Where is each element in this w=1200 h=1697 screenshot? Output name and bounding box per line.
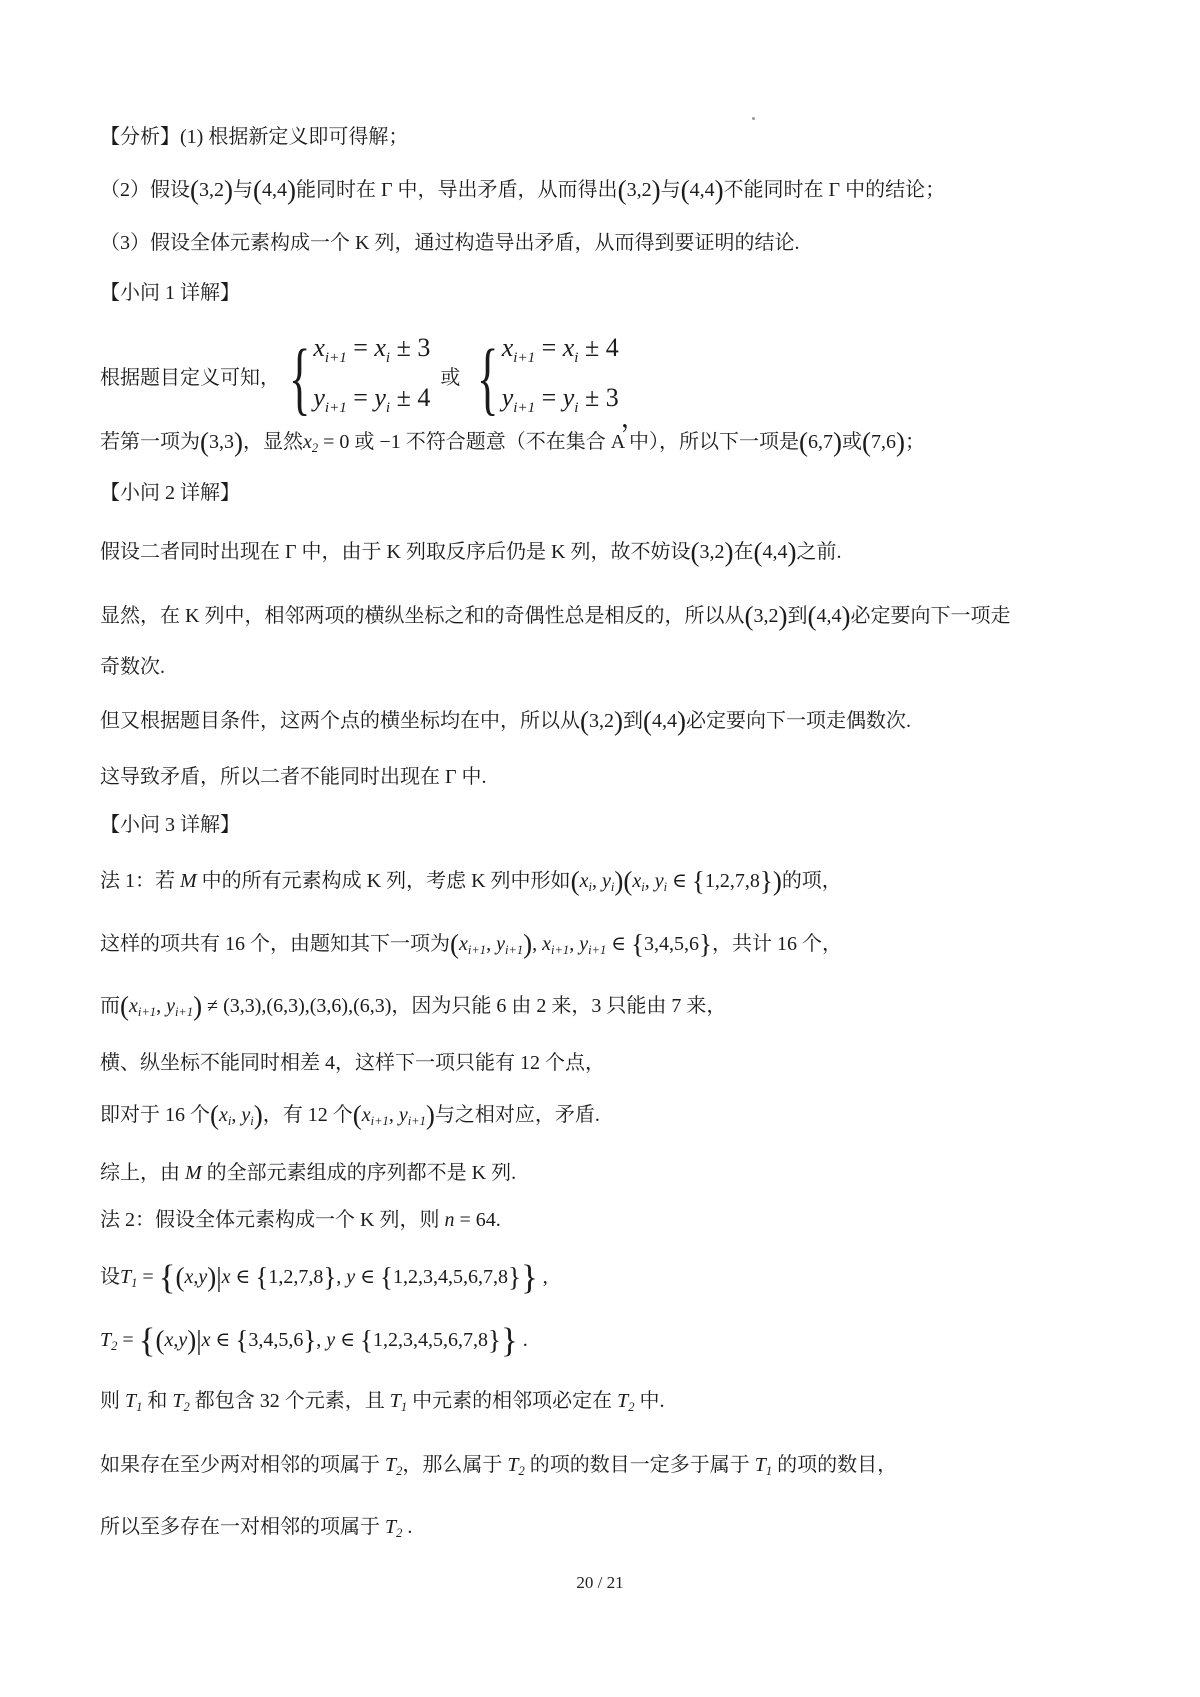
math-variable: T bbox=[100, 1329, 111, 1351]
text-run: 必定要向下一项走 bbox=[850, 605, 1010, 627]
text-run: 法 2：假设全体元素构成一个 K 列，则 bbox=[100, 1209, 444, 1231]
part3-line-11: 如果存在至少两对相邻的项属于 T2，那么属于 T2 的项的数目一定多于属于 T1… bbox=[100, 1450, 1120, 1486]
text-run: 设 bbox=[100, 1266, 120, 1288]
math-variable: y bbox=[178, 1329, 187, 1351]
part2-line-2: 显然，在 K 列中，相邻两项的横纵坐标之和的奇偶性总是相反的，所以从(3,2)到… bbox=[100, 601, 1120, 631]
math-subscript: i+1 bbox=[551, 943, 569, 957]
math-text: = 0 bbox=[318, 431, 354, 453]
math-subscript: i+1 bbox=[408, 1114, 426, 1128]
math-variable: x bbox=[129, 995, 138, 1017]
stray-mark bbox=[752, 117, 755, 120]
math-text: 3,2 bbox=[589, 710, 614, 732]
part3-line-12: 所以至多存在一对相邻的项属于 T2 . bbox=[100, 1512, 1120, 1548]
left-brace-icon: { bbox=[477, 338, 499, 418]
math-delimiter: ) bbox=[254, 1100, 263, 1130]
math-delimiter: ( bbox=[253, 175, 262, 205]
math-variable: T bbox=[125, 1390, 136, 1412]
math-delimiter: ( bbox=[190, 175, 199, 205]
math-variable: x bbox=[202, 1329, 211, 1351]
math-delimiter: { bbox=[380, 1262, 393, 1292]
text-run: 之前. bbox=[796, 541, 841, 563]
part2-line-3: 奇数次. bbox=[100, 652, 1120, 682]
math-delimiter: } bbox=[303, 1325, 316, 1355]
text-run: . bbox=[402, 1516, 412, 1538]
text-run: ； bbox=[905, 431, 925, 453]
math-delimiter: { bbox=[631, 929, 644, 959]
math-delimiter: ) bbox=[187, 1325, 196, 1355]
text-run: 假设二者同时出现在 Γ 中，由于 K 列取反序后仍是 K 列，故不妨设 bbox=[100, 541, 690, 563]
text-run: 的全部元素组成的序列都不是 K 列. bbox=[202, 1162, 516, 1184]
text-run: 法 1：若 bbox=[100, 870, 180, 892]
part3-line-5: 即对于 16 个(xi, yi)，有 12 个(xi+1, yi+1)与之相对应… bbox=[100, 1100, 1120, 1136]
part2-line-4: 但又根据题目条件，这两个点的横坐标均在中，所以从(3,2)到(4,4)必定要向下… bbox=[100, 706, 1120, 736]
math-subscript: i+1 bbox=[588, 943, 606, 957]
math-delimiter: ( bbox=[799, 427, 808, 457]
text-run: 不符合题意（不在集合 A 中），所以下一项是 bbox=[406, 431, 799, 453]
part3-line-9: T2 = {(x,y)|x ∈ {3,4,5,6}, y ∈ {1,2,3,4,… bbox=[100, 1320, 1120, 1366]
text-run: 这样的项共有 16 个，由题知其下一项为 bbox=[100, 933, 450, 955]
math-variable: T bbox=[385, 1516, 396, 1538]
text-run: 不能同时在 Γ 中的结论； bbox=[724, 179, 946, 201]
equation-system-2: { xi+1 = xi ± 4 yi+1 = yi ± 3 bbox=[468, 330, 618, 426]
math-variable: x bbox=[563, 333, 575, 362]
math-delimiter: ) bbox=[207, 1262, 216, 1292]
math-delimiter: } bbox=[699, 929, 712, 959]
document-page: 【分析】(1) 根据新定义即可得解； （2）假设(3,2)与(4,4)能同时在 … bbox=[0, 0, 1200, 1697]
math-text: 6,7 bbox=[808, 431, 833, 453]
math-text: , bbox=[156, 995, 166, 1017]
math-delimiter: ( bbox=[200, 427, 209, 457]
math-delimiter: ( bbox=[571, 866, 580, 896]
math-text: ∈ bbox=[335, 1329, 360, 1351]
formula-comma: ， bbox=[621, 412, 647, 426]
math-text: ≠ (3,3),(6,3),(3,6),(6,3) bbox=[202, 995, 391, 1017]
part3-line-2: 这样的项共有 16 个，由题知其下一项为(xi+1, yi+1), xi+1, … bbox=[100, 929, 1120, 965]
part3-heading: 【小问 3 详解】 bbox=[100, 810, 1120, 840]
math-text: , bbox=[592, 870, 602, 892]
text-run: 都包含 32 个元素，且 bbox=[190, 1390, 390, 1412]
math-delimiter: { bbox=[159, 1258, 176, 1297]
math-delimiter: ( bbox=[120, 991, 129, 1021]
equation-row: yi+1 = yi ± 3 bbox=[502, 380, 619, 426]
text-run: 的项的数目， bbox=[772, 1454, 897, 1476]
part2-line-5: 这导致矛盾，所以二者不能同时出现在 Γ 中. bbox=[100, 762, 1120, 792]
math-delimiter: } bbox=[323, 1262, 336, 1292]
math-text: 1,2,3,4,5,6,7,8 bbox=[393, 1266, 508, 1288]
equation-row: xi+1 = xi ± 3 bbox=[313, 330, 430, 376]
math-variable: x bbox=[313, 333, 325, 362]
math-delimiter: } bbox=[760, 866, 773, 896]
math-text: , bbox=[645, 870, 655, 892]
math-text: ∈ bbox=[355, 1266, 380, 1288]
math-delimiter: ) bbox=[614, 706, 623, 736]
math-text: 3,4,5,6 bbox=[248, 1329, 303, 1351]
math-variable: T bbox=[172, 1390, 183, 1412]
math-text: 3,2 bbox=[199, 179, 224, 201]
math-text: 1,2,7,8 bbox=[268, 1266, 323, 1288]
math-delimiter: ( bbox=[643, 706, 652, 736]
math-text: 4,4 bbox=[816, 605, 841, 627]
text-run: 能同时在 Γ 中，导出矛盾，从而得出 bbox=[296, 179, 618, 201]
text-run: 综上，由 bbox=[100, 1162, 185, 1184]
text-run: 【分析】(1) 根据新定义即可得解； bbox=[100, 126, 408, 148]
text-run: 中元素的相邻项必定在 bbox=[407, 1390, 617, 1412]
math-variable: x bbox=[502, 333, 514, 362]
math-delimiter: { bbox=[692, 866, 705, 896]
math-text: = bbox=[347, 383, 375, 412]
text-run: 中的所有元素构成 K 列，考虑 K 列中形如 bbox=[197, 870, 571, 892]
math-text: , bbox=[231, 1104, 241, 1126]
math-variable: y bbox=[496, 933, 505, 955]
math-text: −1 bbox=[374, 431, 405, 453]
part3-line-1: 法 1：若 M 中的所有元素构成 K 列，考虑 K 列中形如(xi, yi)(x… bbox=[100, 866, 1120, 902]
text-run: ，因为只能 6 由 2 来，3 只能由 7 来， bbox=[391, 995, 726, 1017]
math-delimiter: ) bbox=[193, 991, 202, 1021]
text-run: 的项， bbox=[782, 870, 842, 892]
text-run: 的项的数目一定多于属于 bbox=[525, 1454, 755, 1476]
math-variable: y bbox=[502, 383, 514, 412]
math-text: ∈ bbox=[211, 1329, 236, 1351]
math-delimiter: ) bbox=[773, 866, 782, 896]
math-variable: y bbox=[346, 1266, 355, 1288]
text-run: 而 bbox=[100, 995, 120, 1017]
math-variable: M bbox=[180, 870, 197, 892]
text-run: 中. bbox=[635, 1390, 665, 1412]
math-text: ± 3 bbox=[578, 383, 618, 412]
text-run: 或 bbox=[354, 431, 374, 453]
math-variable: y bbox=[374, 383, 386, 412]
math-delimiter: { bbox=[360, 1325, 373, 1355]
text-run: 与之相对应，矛盾. bbox=[435, 1104, 600, 1126]
text-run: 如果存在至少两对相邻的项属于 bbox=[100, 1454, 385, 1476]
math-text: 4,4 bbox=[652, 710, 677, 732]
math-variable: x bbox=[222, 1266, 231, 1288]
math-variable: y bbox=[563, 383, 575, 412]
math-text: = bbox=[535, 383, 563, 412]
math-text: , bbox=[569, 933, 579, 955]
text-run: （3）假设全体元素构成一个 K 列，通过构造导出矛盾，从而得到要证明的结论. bbox=[100, 232, 799, 254]
math-text: 1,2,7,8 bbox=[705, 870, 760, 892]
math-variable: T bbox=[755, 1454, 766, 1476]
math-variable: y bbox=[579, 933, 588, 955]
equation-row: xi+1 = xi ± 4 bbox=[502, 330, 619, 376]
math-delimiter: ) bbox=[652, 175, 661, 205]
text-run: 必定要向下一项走偶数次. bbox=[686, 710, 911, 732]
math-delimiter: ( bbox=[580, 706, 589, 736]
math-delimiter: ) bbox=[896, 427, 905, 457]
math-variable: T bbox=[390, 1390, 401, 1412]
math-variable: T bbox=[617, 1390, 628, 1412]
math-delimiter: ) bbox=[614, 866, 623, 896]
math-delimiter: { bbox=[255, 1262, 268, 1292]
math-text: 4,4 bbox=[762, 541, 787, 563]
math-variable: y bbox=[241, 1104, 250, 1126]
text-run: 显然，在 K 列中，相邻两项的横纵坐标之和的奇偶性总是相反的，所以从 bbox=[100, 605, 744, 627]
math-text: = bbox=[535, 333, 563, 362]
math-text: , bbox=[538, 1266, 548, 1288]
math-text: , bbox=[336, 1266, 346, 1288]
text-run: 奇数次. bbox=[100, 656, 165, 678]
math-variable: y bbox=[313, 383, 325, 412]
math-variable: M bbox=[185, 1162, 202, 1184]
math-text: , bbox=[486, 933, 496, 955]
text-run: 在 bbox=[733, 541, 753, 563]
math-delimiter: ( bbox=[210, 1100, 219, 1130]
math-delimiter: ) bbox=[523, 929, 532, 959]
math-text: = bbox=[137, 1266, 158, 1288]
math-text: 3,3 bbox=[209, 431, 234, 453]
math-delimiter: ( bbox=[623, 866, 632, 896]
text-run: ，显然 bbox=[243, 431, 303, 453]
math-delimiter: ) bbox=[833, 427, 842, 457]
text-run: 这导致矛盾，所以二者不能同时出现在 Γ 中. bbox=[100, 766, 487, 788]
math-delimiter: } bbox=[488, 1325, 501, 1355]
math-variable: x bbox=[459, 933, 468, 955]
math-text: = bbox=[117, 1329, 138, 1351]
analysis-line-3: （3）假设全体元素构成一个 K 列，通过构造导出矛盾，从而得到要证明的结论. bbox=[100, 228, 1120, 258]
text-run: 所以至多存在一对相邻的项属于 bbox=[100, 1516, 385, 1538]
math-text: ± 4 bbox=[578, 333, 618, 362]
math-delimiter: ( bbox=[618, 175, 627, 205]
math-variable: x bbox=[303, 431, 312, 453]
math-variable: T bbox=[507, 1454, 518, 1476]
math-delimiter: ) bbox=[715, 175, 724, 205]
text-run: ，有 12 个 bbox=[263, 1104, 353, 1126]
math-variable: x bbox=[219, 1104, 228, 1126]
analysis-line-2: （2）假设(3,2)与(4,4)能同时在 Γ 中，导出矛盾，从而得出(3,2)与… bbox=[100, 175, 1120, 205]
text-run: ，那么属于 bbox=[402, 1454, 507, 1476]
math-text: 1,2,3,4,5,6,7,8 bbox=[373, 1329, 488, 1351]
math-variable: y bbox=[166, 995, 175, 1017]
math-text: = bbox=[347, 333, 375, 362]
math-delimiter: ) bbox=[224, 175, 233, 205]
math-subscript: i+1 bbox=[371, 1114, 389, 1128]
math-variable: T bbox=[385, 1454, 396, 1476]
math-delimiter: { bbox=[139, 1321, 156, 1360]
math-text: 4,4 bbox=[262, 179, 287, 201]
left-brace-icon: { bbox=[289, 338, 311, 418]
text-run: 与 bbox=[233, 179, 253, 201]
math-text: 3,2 bbox=[627, 179, 652, 201]
math-delimiter: ( bbox=[450, 929, 459, 959]
math-text: 3,4,5,6 bbox=[644, 933, 699, 955]
text-run: （2）假设 bbox=[100, 179, 190, 201]
text-run: 到 bbox=[787, 605, 807, 627]
math-subscript: i+1 bbox=[513, 400, 535, 416]
math-delimiter: ) bbox=[426, 1100, 435, 1130]
or-connector: 或 bbox=[440, 363, 460, 393]
math-subscript: i+1 bbox=[468, 943, 486, 957]
math-delimiter: ) bbox=[677, 706, 686, 736]
part3-line-3: 而(xi+1, yi+1) ≠ (3,3),(6,3),(3,6),(6,3)，… bbox=[100, 991, 1120, 1027]
math-text: 3,2 bbox=[699, 541, 724, 563]
formula-intro: 根据题目定义可知， bbox=[100, 363, 280, 393]
text-run: ，共计 16 个， bbox=[712, 933, 842, 955]
math-delimiter: { bbox=[235, 1325, 248, 1355]
equation-row: yi+1 = yi ± 4 bbox=[313, 380, 430, 426]
math-variable: y bbox=[198, 1266, 207, 1288]
math-text: ± 3 bbox=[390, 333, 430, 362]
text-run: 横、纵坐标不能同时相差 4，这样下一项只能有 12 个点， bbox=[100, 1052, 605, 1074]
text-run: 若第一项为 bbox=[100, 431, 200, 453]
math-text: ∈ bbox=[231, 1266, 256, 1288]
page-number: 20 / 21 bbox=[0, 1572, 1200, 1594]
math-variable: n bbox=[444, 1209, 454, 1231]
math-text: 3,2 bbox=[753, 605, 778, 627]
math-delimiter: } bbox=[501, 1321, 518, 1360]
text-run: 和 bbox=[142, 1390, 172, 1412]
part3-line-8: 设T1 = {(x,y)|x ∈ {1,2,7,8}, y ∈ {1,2,3,4… bbox=[100, 1257, 1120, 1303]
math-variable: y bbox=[399, 1104, 408, 1126]
math-text: 4,4 bbox=[690, 179, 715, 201]
math-variable: y bbox=[602, 870, 611, 892]
math-text: ∈ bbox=[606, 933, 631, 955]
part3-line-7: 法 2：假设全体元素构成一个 K 列，则 n = 64. bbox=[100, 1205, 1120, 1235]
math-variable: x bbox=[542, 933, 551, 955]
text-run: 但又根据题目条件，这两个点的横坐标均在中，所以从 bbox=[100, 710, 580, 732]
math-delimiter: } bbox=[508, 1262, 521, 1292]
math-subscript: i+1 bbox=[325, 400, 347, 416]
analysis-line-1: 【分析】(1) 根据新定义即可得解； bbox=[100, 122, 1120, 152]
part1-heading: 【小问 1 详解】 bbox=[100, 278, 1120, 308]
math-variable: x bbox=[632, 870, 641, 892]
part3-line-6: 综上，由 M 的全部元素组成的序列都不是 K 列. bbox=[100, 1158, 1120, 1188]
part3-line-10: 则 T1 和 T2 都包含 32 个元素，且 T1 中元素的相邻项必定在 T2 … bbox=[100, 1386, 1120, 1422]
math-delimiter: ) bbox=[287, 175, 296, 205]
text-run: 则 bbox=[100, 1390, 125, 1412]
part3-line-4: 横、纵坐标不能同时相差 4，这样下一项只能有 12 个点， bbox=[100, 1048, 1120, 1078]
math-text: , bbox=[532, 933, 542, 955]
math-delimiter: ( bbox=[681, 175, 690, 205]
math-variable: y bbox=[655, 870, 664, 892]
text-run: 到 bbox=[623, 710, 643, 732]
math-delimiter: } bbox=[521, 1258, 538, 1297]
part2-heading: 【小问 2 详解】 bbox=[100, 478, 1120, 508]
part1-formula: 根据题目定义可知， { xi+1 = xi ± 3 yi+1 = yi ± 4 … bbox=[100, 330, 1120, 426]
math-delimiter: ) bbox=[234, 427, 243, 457]
math-text: ± 4 bbox=[390, 383, 430, 412]
math-variable: x bbox=[362, 1104, 371, 1126]
text-run: 与 bbox=[661, 179, 681, 201]
math-subscript: i+1 bbox=[175, 1005, 193, 1019]
math-variable: x bbox=[374, 333, 386, 362]
math-subscript: i+1 bbox=[505, 943, 523, 957]
text-run: 即对于 16 个 bbox=[100, 1104, 210, 1126]
math-subscript: i+1 bbox=[513, 350, 535, 366]
math-variable: y bbox=[326, 1329, 335, 1351]
math-text: , bbox=[316, 1329, 326, 1351]
math-text: , bbox=[389, 1104, 399, 1126]
part1-line-1: 若第一项为(3,3)，显然x2 = 0 或 −1 不符合题意（不在集合 A 中）… bbox=[100, 427, 1120, 463]
text-run: 或 bbox=[842, 431, 862, 453]
math-subscript: i+1 bbox=[138, 1005, 156, 1019]
part2-line-1: 假设二者同时出现在 Γ 中，由于 K 列取反序后仍是 K 列，故不妨设(3,2)… bbox=[100, 537, 1120, 567]
math-subscript: i+1 bbox=[325, 350, 347, 366]
math-variable: T bbox=[120, 1266, 131, 1288]
math-delimiter: ( bbox=[862, 427, 871, 457]
math-text: ∈ bbox=[667, 870, 692, 892]
math-text: 7,6 bbox=[871, 431, 896, 453]
math-text: . bbox=[518, 1329, 528, 1351]
math-delimiter: ( bbox=[353, 1100, 362, 1130]
math-text: = 64 bbox=[454, 1209, 495, 1231]
text-run: . bbox=[496, 1209, 501, 1231]
equation-system-1: { xi+1 = xi ± 3 yi+1 = yi ± 4 bbox=[280, 330, 430, 426]
